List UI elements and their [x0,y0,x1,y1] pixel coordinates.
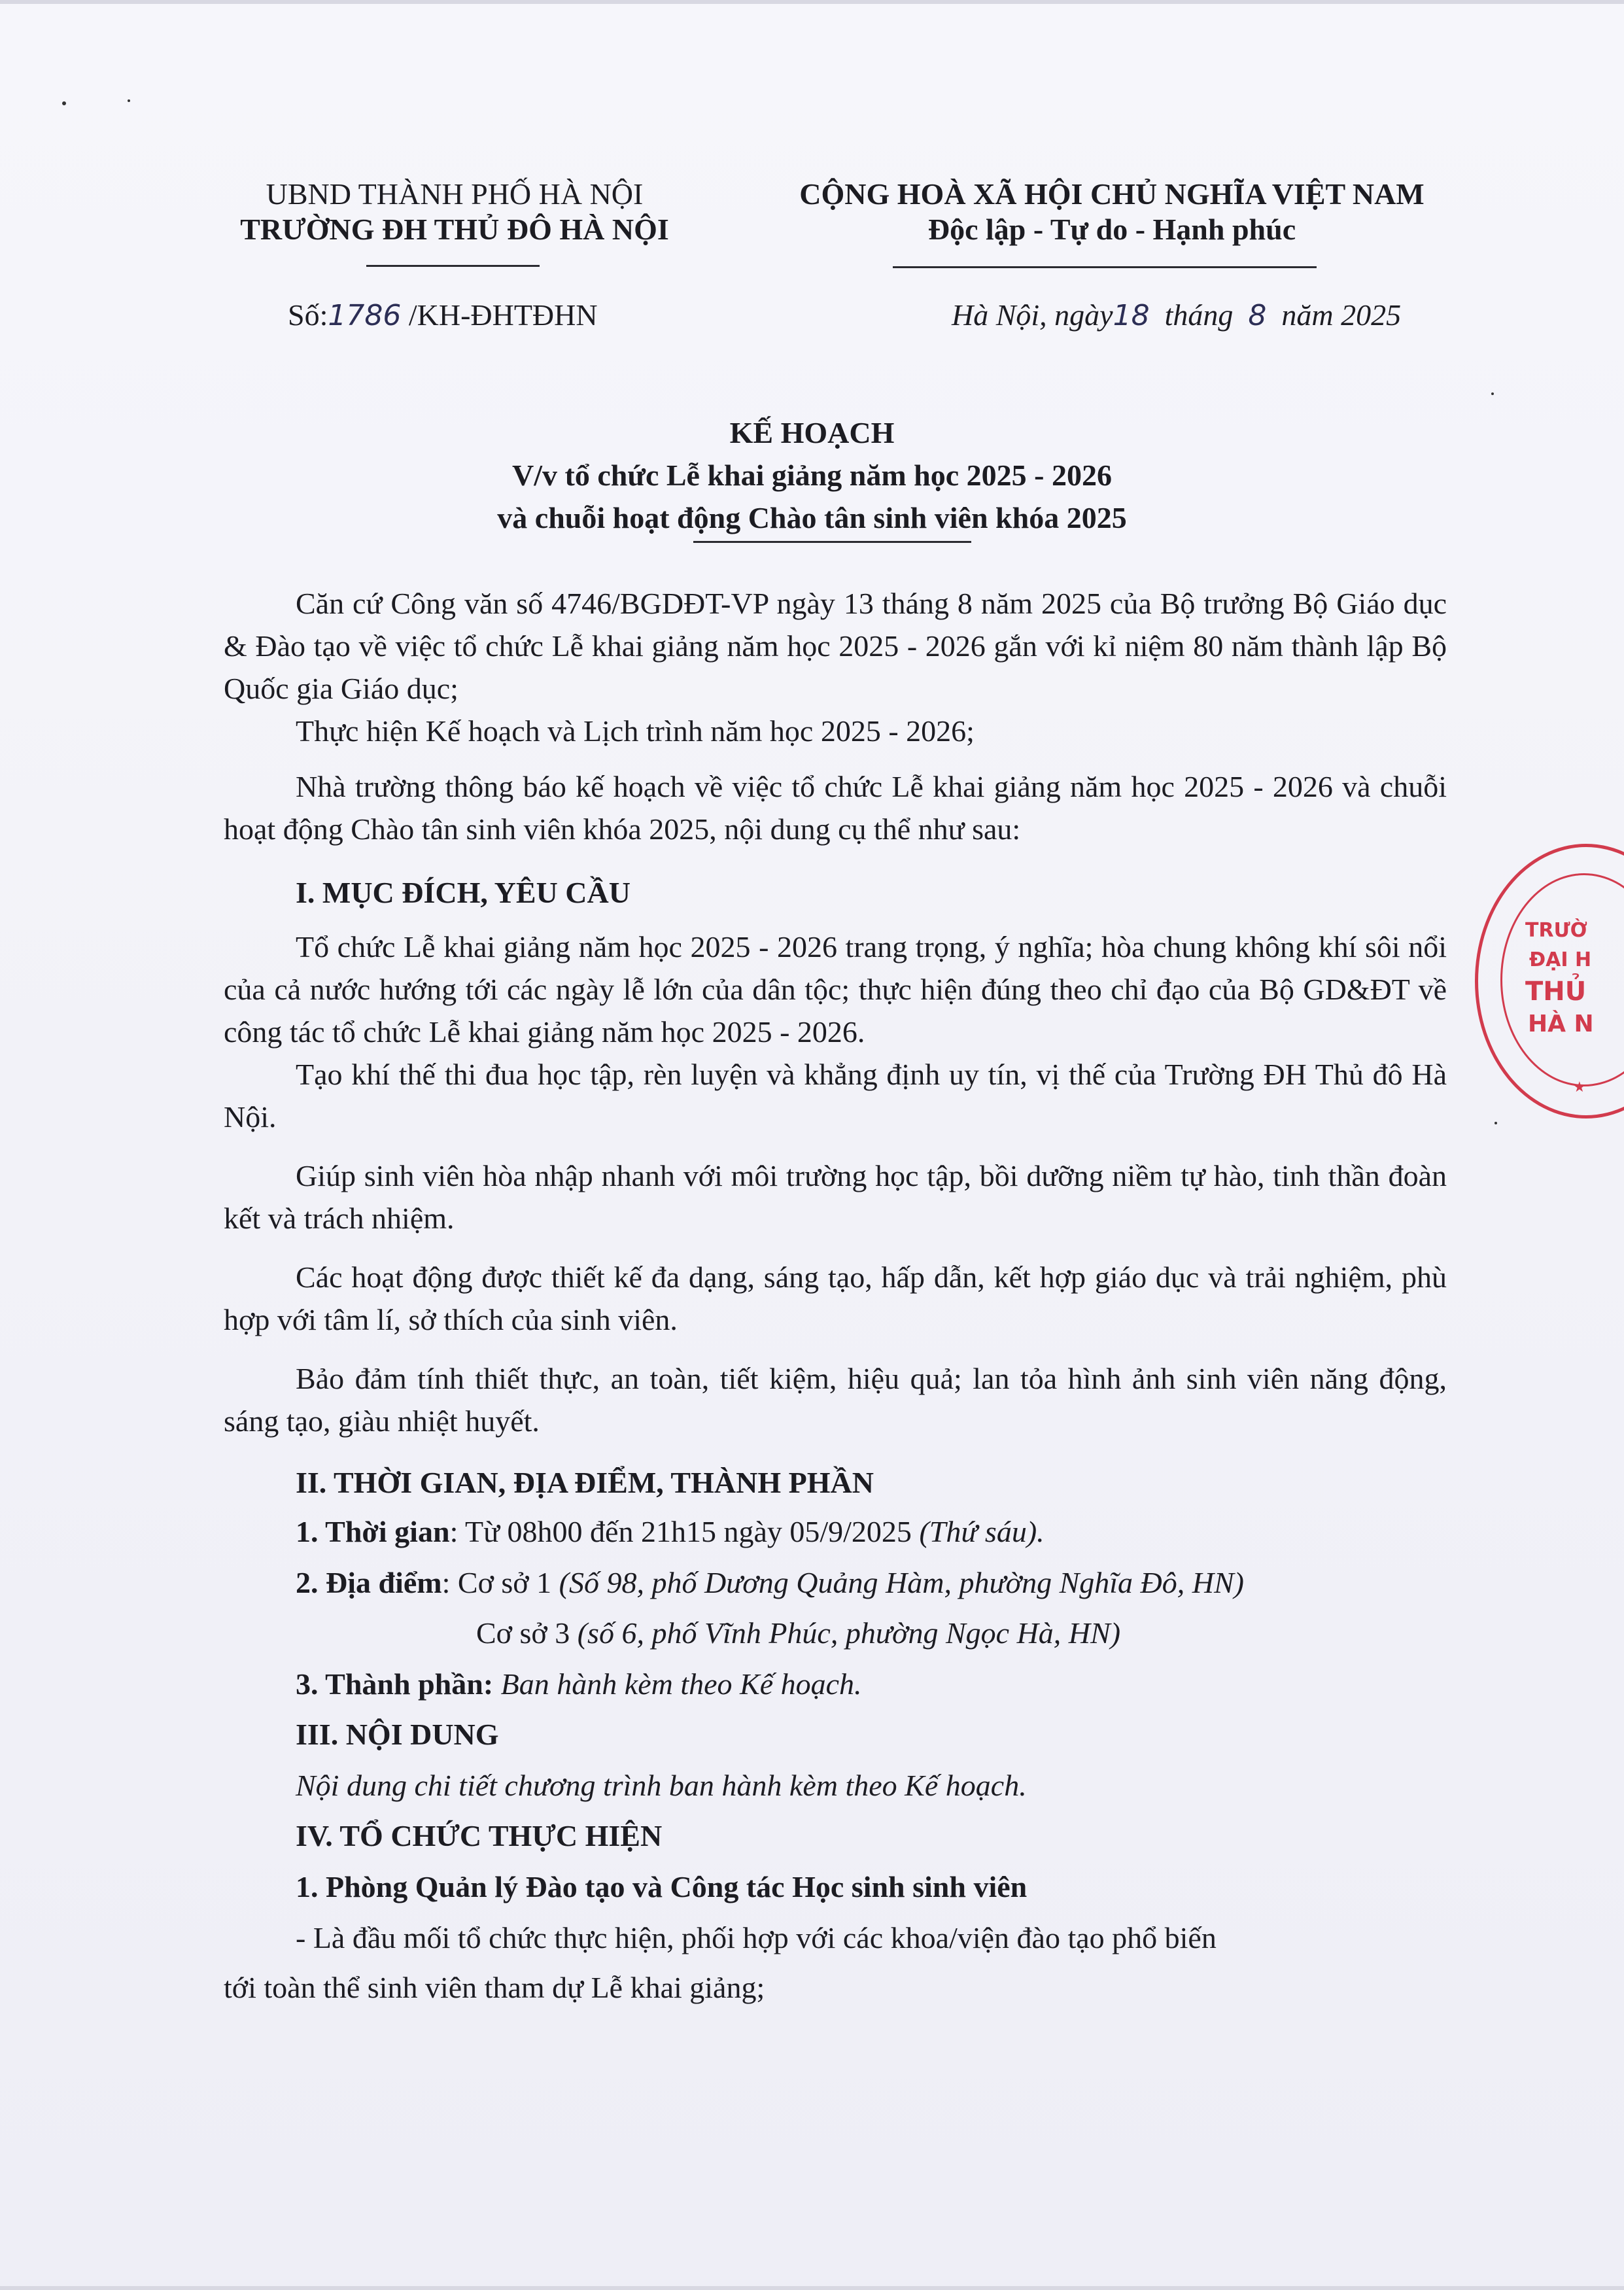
stamp-star-icon: ★ [1573,1079,1586,1096]
members-line: 3. Thành phần: Ban hành kèm theo Kế hoạc… [296,1667,862,1701]
scan-edge-top [0,0,1624,4]
preamble-paragraph-3: Nhà trường thông báo kế hoạch về việc tổ… [224,765,1447,850]
section-1-paragraph-2: Tạo khí thế thi đua học tập, rèn luyện v… [224,1053,1447,1138]
scan-speck [1494,1122,1497,1124]
section-1-heading: I. MỤC ĐÍCH, YÊU CẦU [296,875,631,910]
number-suffix: /KH-ĐHTĐHN [409,298,598,332]
document-subtitle-2: và chuỗi hoạt động Chào tân sinh viên kh… [0,500,1624,536]
scan-speck [1491,392,1494,395]
preamble-paragraph-1: Căn cứ Công văn số 4746/BGDĐT-VP ngày 13… [224,582,1447,710]
document-number: Số:1786 /KH-ĐHTĐHN [288,298,598,333]
country-name: CỘNG HOÀ XÃ HỘI CHỦ NGHĨA VIỆT NAM [739,177,1485,212]
time-line: 1. Thời gian: Từ 08h00 đến 21h15 ngày 05… [296,1514,1045,1549]
date-month: 8 [1248,299,1266,332]
section-1-paragraph-1: Tổ chức Lễ khai giảng năm học 2025 - 202… [224,926,1447,1053]
title-underline [693,541,971,543]
header-right: CỘNG HOÀ XÃ HỘI CHỦ NGHĨA VIỆT NAM Độc l… [739,177,1485,248]
document-page: UBND THÀNH PHỐ HÀ NỘI TRƯỜNG ĐH THỦ ĐÔ H… [0,0,1624,2290]
scan-speck [62,101,66,105]
motto-underline [893,266,1317,268]
section-1-paragraph-4: Các hoạt động được thiết kế đa dạng, sán… [224,1256,1447,1341]
official-stamp: TRƯỜ ĐẠI H THỦ HÀ N ★ [1475,844,1624,1119]
date-month-label: tháng [1165,298,1234,332]
place-line-1: 2. Địa điểm: Cơ sở 1 (Số 98, phố Dương Q… [296,1565,1244,1600]
org-name: TRƯỜNG ĐH THỦ ĐÔ HÀ NỘI [203,212,706,247]
date-place: Hà Nội, ngày [952,298,1113,332]
place-line-2: Cơ sở 3 (số 6, phố Vĩnh Phúc, phường Ngọ… [476,1616,1120,1650]
section-1-paragraph-3: Giúp sinh viên hòa nhập nhanh với môi tr… [224,1154,1447,1240]
scan-speck [128,99,130,102]
number-prefix: Số: [288,298,328,332]
section-3-heading: III. NỘI DUNG [296,1717,499,1752]
header-left: UBND THÀNH PHỐ HÀ NỘI TRƯỜNG ĐH THỦ ĐÔ H… [203,177,706,248]
section-4-sub1-heading: 1. Phòng Quản lý Đào tạo và Công tác Học… [296,1869,1027,1904]
document-title: KẾ HOẠCH [0,415,1624,451]
motto: Độc lập - Tự do - Hạnh phúc [739,212,1485,247]
section-2-heading: II. THỜI GIAN, ĐỊA ĐIỂM, THÀNH PHẦN [296,1465,874,1500]
section-4-sub1-line-1: - Là đầu mối tổ chức thực hiện, phối hợp… [296,1920,1217,1955]
document-date: Hà Nội, ngày18 tháng 8 năm 2025 [952,298,1401,333]
section-4-sub1-line-2: tới toàn thể sinh viên tham dự Lễ khai g… [224,1970,765,2005]
document-subtitle-1: V/v tổ chức Lễ khai giảng năm học 2025 -… [0,458,1624,493]
scan-edge-bottom [0,2286,1624,2290]
section-1-paragraph-5: Bảo đảm tính thiết thực, an toàn, tiết k… [224,1357,1447,1442]
section-4-heading: IV. TỔ CHỨC THỰC HIỆN [296,1818,662,1853]
preamble-paragraph-2: Thực hiện Kế hoạch và Lịch trình năm học… [224,710,1447,752]
date-day: 18 [1113,299,1150,332]
org-parent: UBND THÀNH PHỐ HÀ NỘI [203,177,706,212]
org-underline [366,265,540,267]
number-handwritten: 1786 [328,299,401,332]
date-year: năm 2025 [1281,298,1401,332]
section-3-text: Nội dung chi tiết chương trình ban hành … [296,1768,1027,1803]
subtitle-2-text: và chuỗi hoạt động Chào tân sinh viên kh… [497,501,1126,534]
